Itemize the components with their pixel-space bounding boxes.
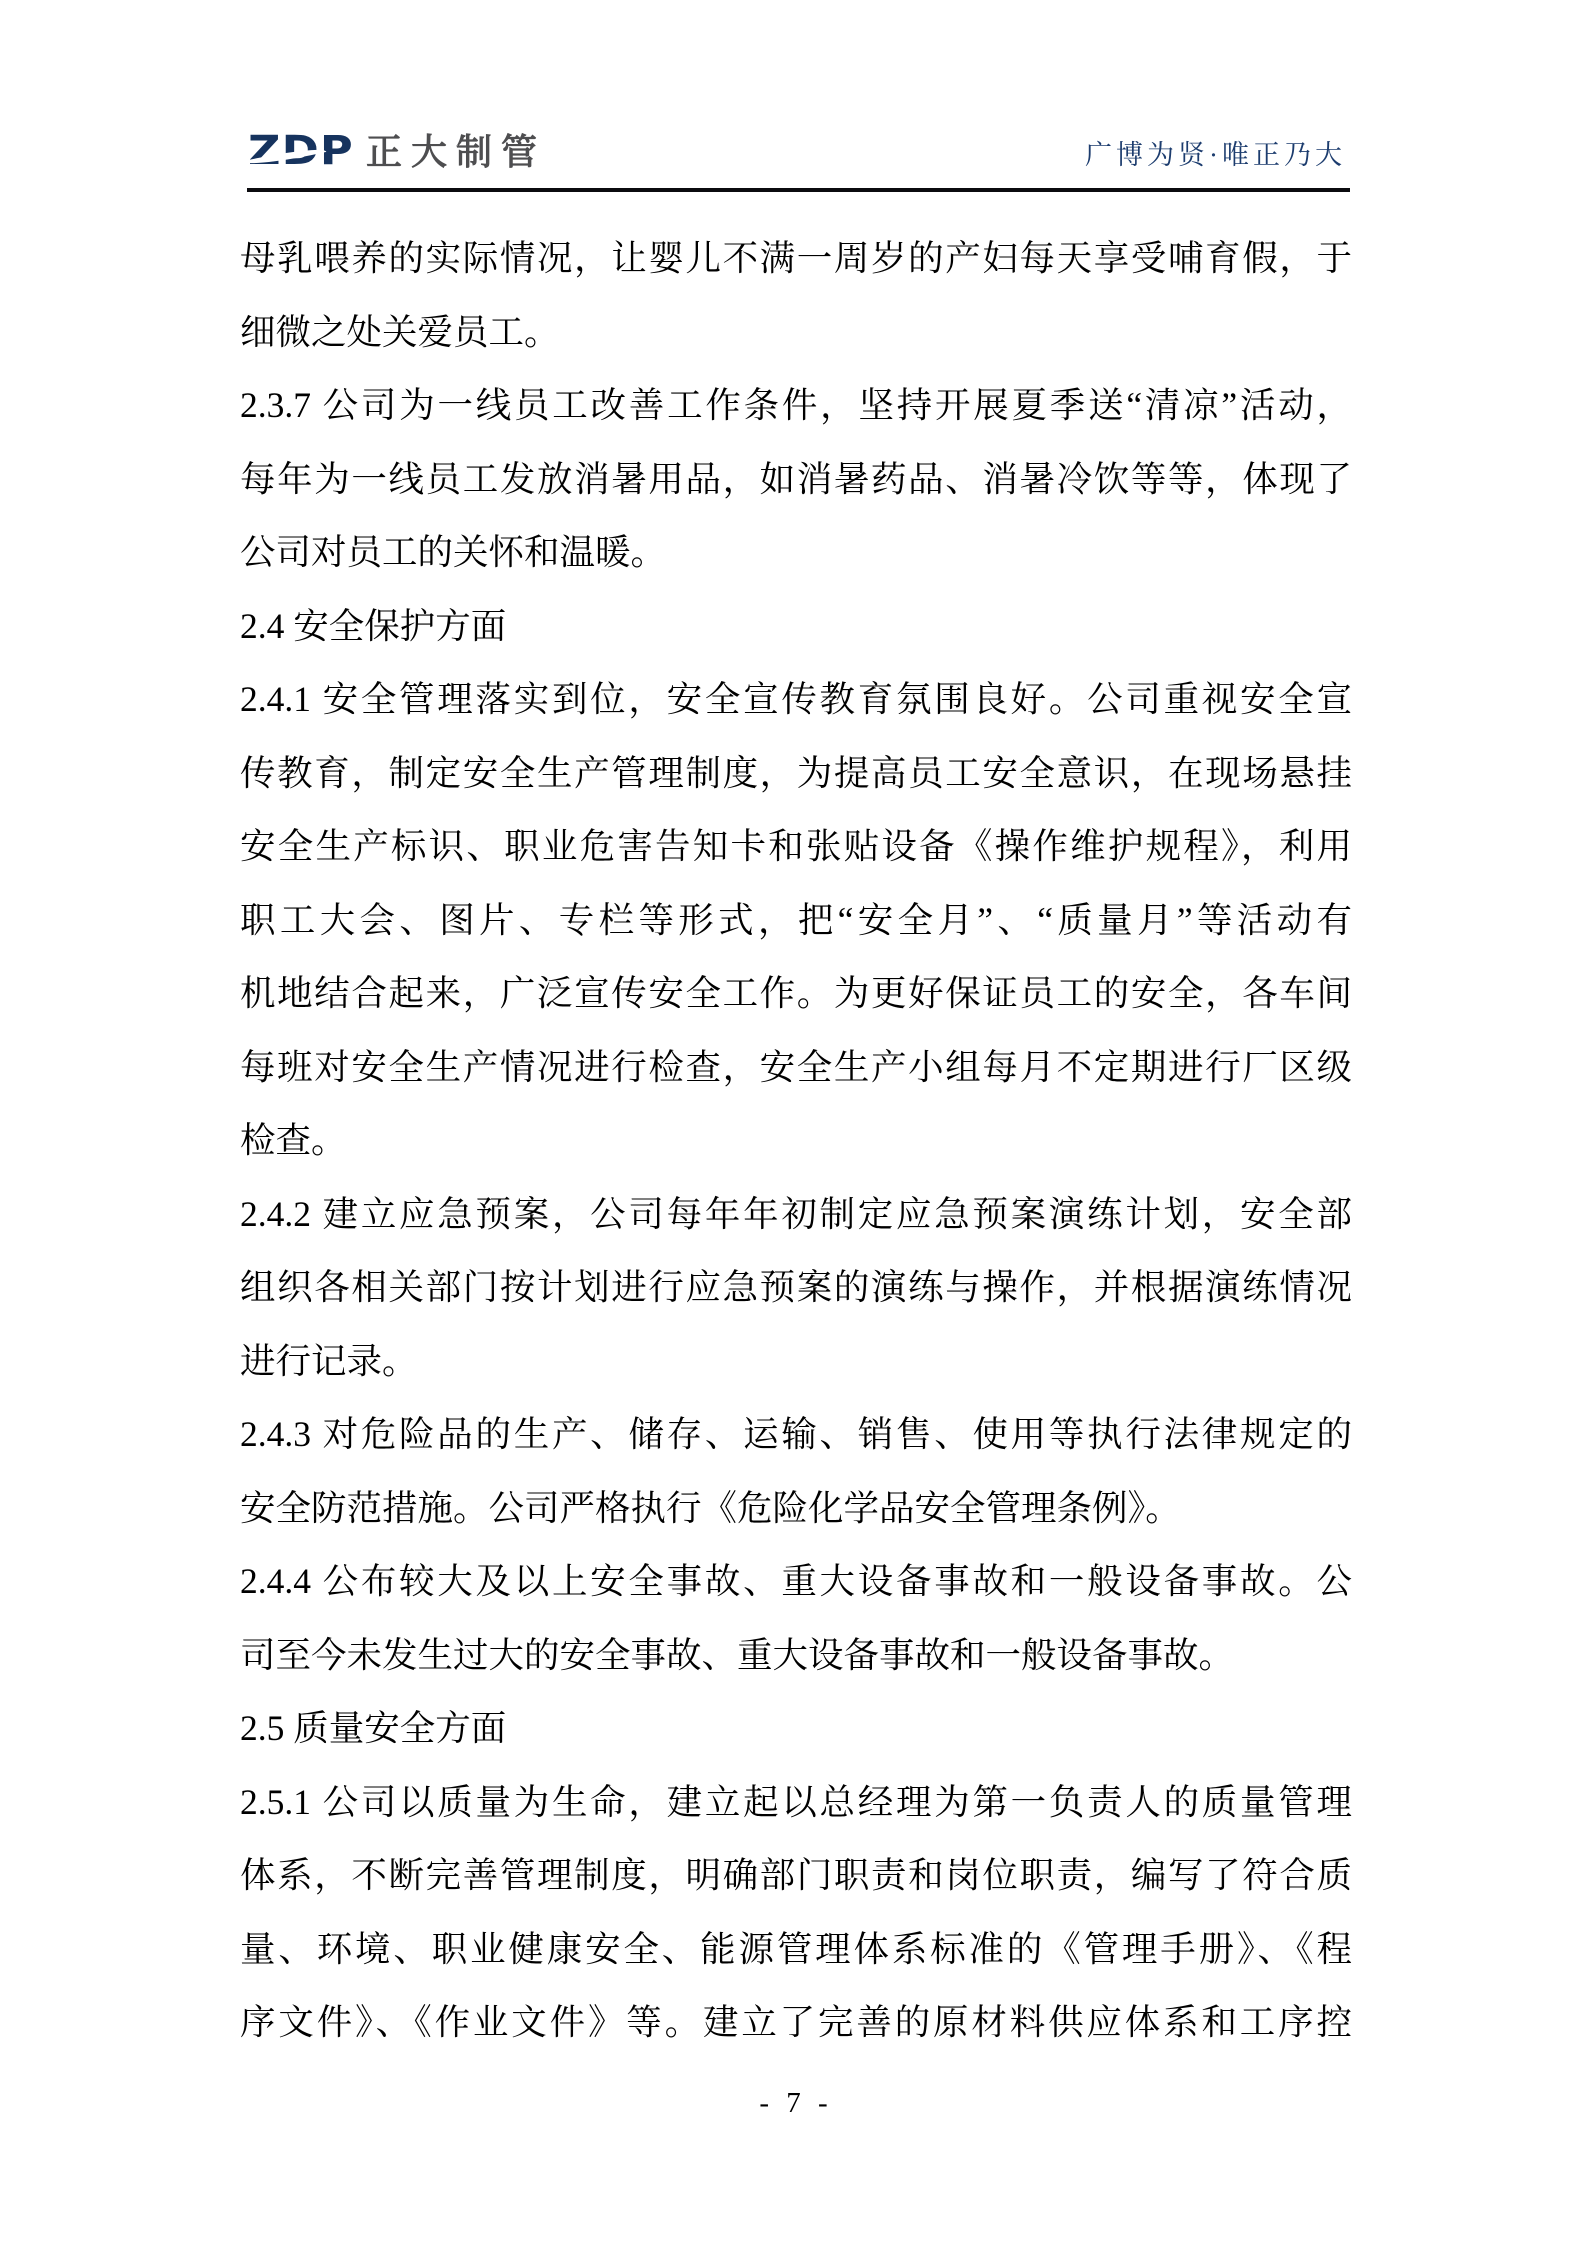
body-line: 序文件》、《作业文件》等。建立了完善的原材料供应体系和工序控 xyxy=(240,1986,1352,2060)
body-line: 2.4.1 安全管理落实到位，安全宣传教育氛围良好。公司重视安全宣 xyxy=(240,663,1352,737)
body-line: 2.5.1 公司以质量为生命，建立起以总经理为第一负责人的质量管理 xyxy=(240,1766,1352,1840)
body-line: 安全生产标识、职业危害告知卡和张贴设备《操作维护规程》，利用 xyxy=(240,810,1352,884)
body-line: 2.5 质量安全方面 xyxy=(240,1692,1352,1766)
body-line: 2.4.4 公布较大及以上安全事故、重大设备事故和一般设备事故。公 xyxy=(240,1545,1352,1619)
body-line: 母乳喂养的实际情况，让婴儿不满一周岁的产妇每天享受哺育假，于 xyxy=(240,222,1352,296)
page-footer: - 7 - xyxy=(240,2086,1352,2120)
document-page: ZDP 正大制管 广博为贤·唯正乃大 母乳喂养的实际情况，让婴儿不满一周岁的产妇… xyxy=(0,0,1587,2245)
body-line: 2.4 安全保护方面 xyxy=(240,590,1352,664)
body-line: 量、环境、职业健康安全、能源管理体系标准的《管理手册》、《程 xyxy=(240,1913,1352,1987)
company-name: 正大制管 xyxy=(366,135,546,171)
document-body: 母乳喂养的实际情况，让婴儿不满一周岁的产妇每天享受哺育假，于 细微之处关爱员工。… xyxy=(240,222,1352,2060)
body-line: 进行记录。 xyxy=(240,1325,1352,1399)
body-line: 每年为一线员工发放消暑用品，如消暑药品、消暑冷饮等等，体现了 xyxy=(240,443,1352,517)
body-line: 体系，不断完善管理制度，明确部门职责和岗位职责，编写了符合质 xyxy=(240,1839,1352,1913)
body-line: 检查。 xyxy=(240,1104,1352,1178)
body-line: 职工大会、图片、专栏等形式，把“安全月”、“质量月”等活动有 xyxy=(240,884,1352,958)
body-line: 安全防范措施。公司严格执行《危险化学品安全管理条例》。 xyxy=(240,1472,1352,1546)
page-number: - 7 - xyxy=(759,2087,832,2119)
header-divider xyxy=(247,188,1350,192)
body-line: 公司对员工的关怀和温暖。 xyxy=(240,516,1352,590)
body-line: 细微之处关爱员工。 xyxy=(240,296,1352,370)
body-line: 组织各相关部门按计划进行应急预案的演练与操作，并根据演练情况 xyxy=(240,1251,1352,1325)
body-line: 每班对安全生产情况进行检查，安全生产小组每月不定期进行厂区级 xyxy=(240,1031,1352,1105)
body-line: 传教育，制定安全生产管理制度，为提高员工安全意识，在现场悬挂 xyxy=(240,737,1352,811)
body-line: 机地结合起来，广泛宣传安全工作。为更好保证员工的安全，各车间 xyxy=(240,957,1352,1031)
body-line: 司至今未发生过大的安全事故、重大设备事故和一般设备事故。 xyxy=(240,1619,1352,1693)
company-slogan: 广博为贤·唯正乃大 xyxy=(1085,140,1346,170)
body-line: 2.3.7 公司为一线员工改善工作条件，坚持开展夏季送“清凉”活动， xyxy=(240,369,1352,443)
zdp-logo-mark: ZDP xyxy=(248,131,354,171)
body-line: 2.4.3 对危险品的生产、储存、运输、销售、使用等执行法律规定的 xyxy=(240,1398,1352,1472)
body-line: 2.4.2 建立应急预案，公司每年年初制定应急预案演练计划，安全部 xyxy=(240,1178,1352,1252)
